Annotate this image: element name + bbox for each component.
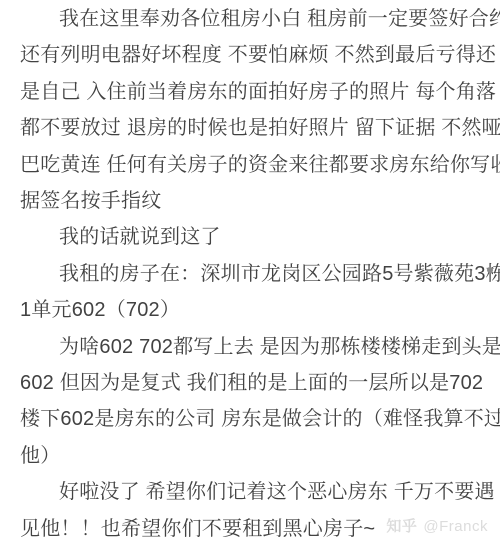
text-line: 我租的房子在：深圳市龙岗区公园路5号紫薇苑3栋 [20,256,474,292]
text-line: 好啦没了 希望你们记着这个恶心房东 千万不要遇 [20,474,474,510]
watermark-handle: @Franck [423,518,488,535]
text-line: 1单元602（702） [20,292,474,328]
watermark: 知乎@Franck [386,515,488,536]
text-line: 据签名按手指纹 [20,183,474,219]
text-line: 他） [20,438,474,474]
text-line: 我的话就说到这了 [20,219,474,255]
text-line: 楼下602是房东的公司 房东是做会计的（难怪我算不过 [20,401,474,437]
text-line: 是自己 入住前当着房东的面拍好房子的照片 每个角落 [20,74,474,110]
bullet-dot-icon [487,267,493,273]
article-screenshot: 我在这里奉劝各位租房小白 租房前一定要签好合约 还有列明电器好坏程度 不要怕麻烦… [0,0,500,549]
text-line: 都不要放过 退房的时候也是拍好照片 留下证据 不然哑 [20,110,474,146]
article-body: 我在这里奉劝各位租房小白 租房前一定要签好合约 还有列明电器好坏程度 不要怕麻烦… [0,0,500,547]
text-line: 为啥602 702都写上去 是因为那栋楼楼梯走到头是 [20,329,474,365]
text-line: 还有列明电器好坏程度 不要怕麻烦 不然到最后亏得还 [20,37,474,73]
text-line: 602 但因为是复式 我们租的是上面的一层所以是702 [20,365,474,401]
watermark-brand: 知乎 [386,518,417,535]
text-line: 我在这里奉劝各位租房小白 租房前一定要签好合约 [20,1,474,37]
text-line: 巴吃黄连 任何有关房子的资金来往都要求房东给你写收 [20,147,474,183]
